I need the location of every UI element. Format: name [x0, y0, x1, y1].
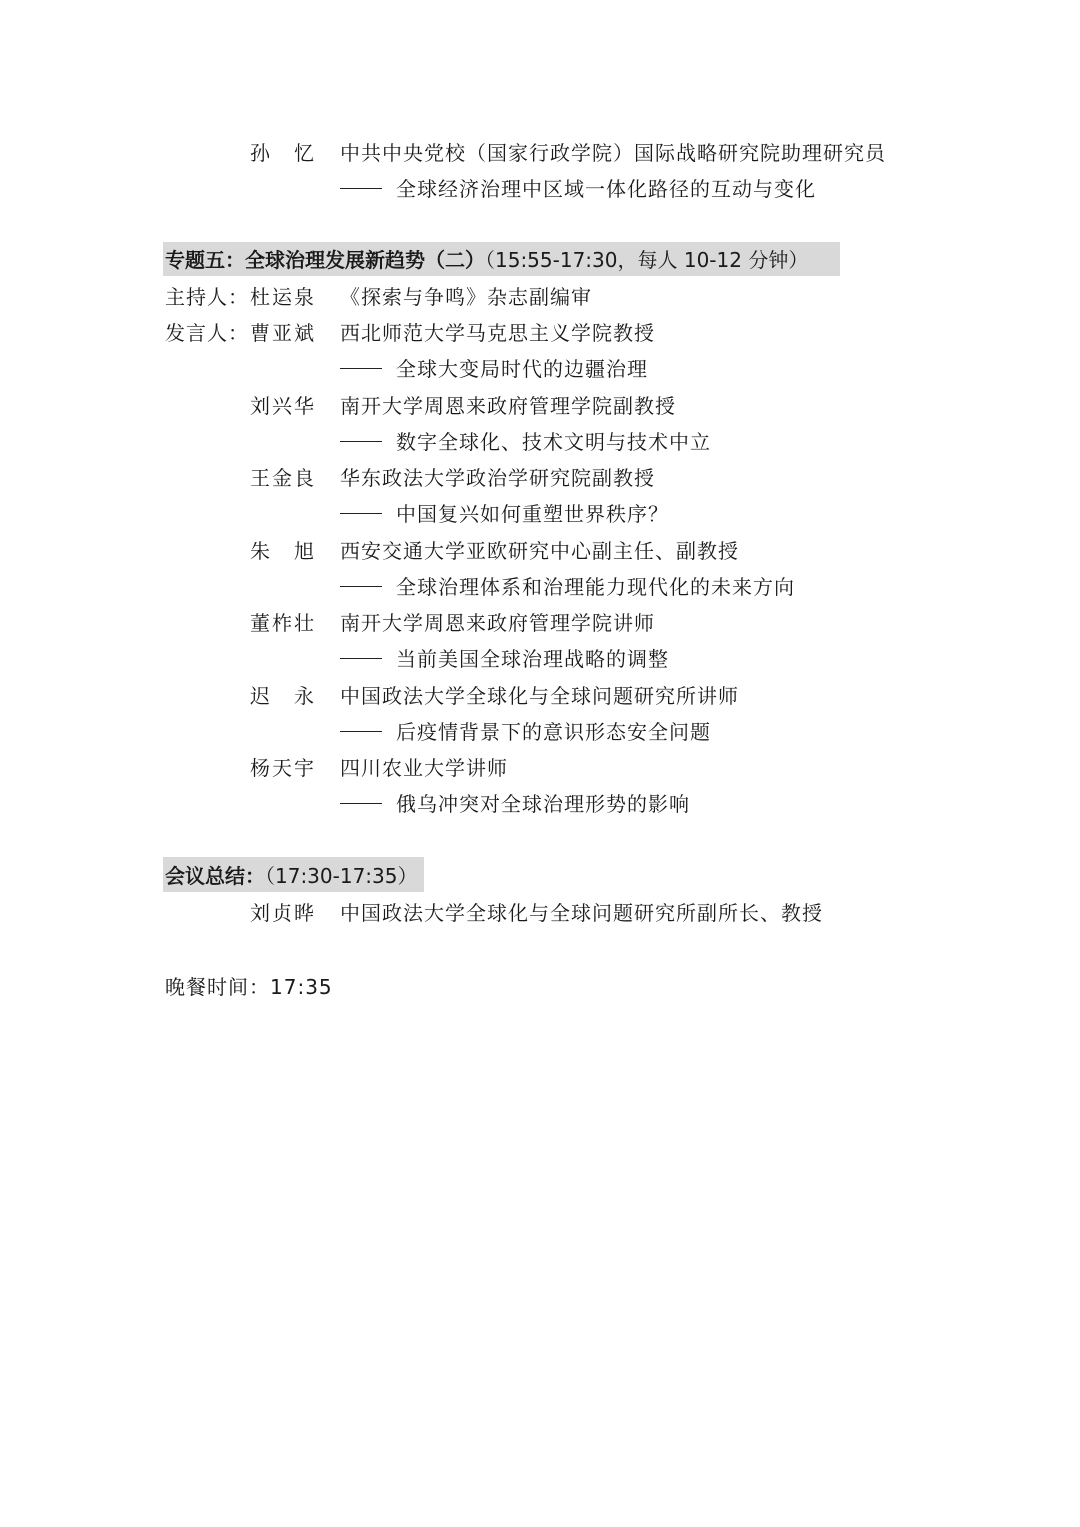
speaker-topic-line: 全球治理体系和治理能力现代化的未来方向 — [0, 574, 1080, 600]
speaker-affiliation: 华东政法大学政治学研究院副教授 — [340, 465, 655, 491]
section-time: （15:55-17:30，每人 10-12 分钟） — [485, 248, 808, 272]
dash-divider — [340, 731, 382, 732]
speaker-name: 曹亚斌 — [250, 320, 316, 346]
speaker-topic: 全球经济治理中区域一体化路径的互动与变化 — [396, 177, 816, 201]
speaker-entry: 董柞壮 南开大学周恩来政府管理学院讲师 — [0, 610, 1080, 636]
speaker-entry: 王金良 华东政法大学政治学研究院副教授 — [0, 465, 1080, 491]
speaker-entry: 发言人： 曹亚斌 西北师范大学马克思主义学院教授 — [0, 320, 1080, 346]
speaker-name: 杨天宇 — [250, 755, 316, 781]
speaker-entry: 杨天宇 四川农业大学讲师 — [0, 755, 1080, 781]
section-title: 专题五：全球治理发展新趋势（二） — [165, 248, 485, 272]
summary-time: （17:30-17:35） — [265, 864, 418, 888]
host-name: 杜运泉 — [250, 284, 316, 310]
speaker-entry: 迟 永 中国政法大学全球化与全球问题研究所讲师 — [0, 683, 1080, 709]
speakers-label: 发言人： — [165, 320, 249, 346]
speaker-name: 王金良 — [250, 465, 316, 491]
dash-divider — [340, 513, 382, 514]
summary-speaker-affiliation: 中国政法大学全球化与全球问题研究所副所长、教授 — [340, 900, 823, 926]
speaker-name: 刘兴华 — [250, 393, 316, 419]
speaker-topic-line: 中国复兴如何重塑世界秩序？ — [0, 501, 1080, 527]
speaker-affiliation: 四川农业大学讲师 — [340, 755, 508, 781]
speaker-affiliation: 中共中央党校（国家行政学院）国际战略研究院助理研究员 — [340, 140, 886, 166]
dash-divider — [340, 586, 382, 587]
host-entry: 主持人： 杜运泉 《探索与争鸣》杂志副编审 — [0, 284, 1080, 310]
dash-divider — [340, 368, 382, 369]
speaker-topic: 当前美国全球治理战略的调整 — [396, 647, 669, 671]
summary-speaker-entry: 刘贞晔 中国政法大学全球化与全球问题研究所副所长、教授 — [0, 900, 1080, 926]
speaker-topic-line: 俄乌冲突对全球治理形势的影响 — [0, 791, 1080, 817]
speaker-affiliation: 西北师范大学马克思主义学院教授 — [340, 320, 655, 346]
speaker-topic-line: 数字全球化、技术文明与技术中立 — [0, 429, 1080, 455]
dinner-time-value: 17:35 — [270, 975, 333, 999]
speaker-affiliation: 南开大学周恩来政府管理学院副教授 — [340, 393, 676, 419]
speaker-topic-line: 全球经济治理中区域一体化路径的互动与变化 — [0, 176, 1080, 202]
speaker-entry: 刘兴华 南开大学周恩来政府管理学院副教授 — [0, 393, 1080, 419]
dash-divider — [340, 188, 382, 189]
speaker-affiliation: 西安交通大学亚欧研究中心副主任、副教授 — [340, 538, 739, 564]
speaker-name: 董柞壮 — [250, 610, 316, 636]
host-label: 主持人： — [165, 284, 249, 310]
speaker-topic-line: 当前美国全球治理战略的调整 — [0, 646, 1080, 672]
speaker-topic: 后疫情背景下的意识形态安全问题 — [396, 720, 711, 744]
speaker-affiliation: 中国政法大学全球化与全球问题研究所讲师 — [340, 683, 739, 709]
speaker-topic: 数字全球化、技术文明与技术中立 — [396, 430, 711, 454]
summary-speaker-name: 刘贞晔 — [250, 900, 316, 926]
speaker-topic: 全球大变局时代的边疆治理 — [396, 357, 648, 381]
dash-divider — [340, 441, 382, 442]
speaker-entry: 孙 忆 中共中央党校（国家行政学院）国际战略研究院助理研究员 — [0, 140, 1080, 166]
speaker-topic-line: 全球大变局时代的边疆治理 — [0, 356, 1080, 382]
dinner-label: 晚餐时间： — [165, 975, 270, 999]
summary-heading: 会议总结：（17:30-17:35） — [165, 863, 418, 889]
host-affiliation: 《探索与争鸣》杂志副编审 — [340, 284, 592, 310]
dinner-time: 晚餐时间：17:35 — [165, 974, 333, 1000]
speaker-affiliation: 南开大学周恩来政府管理学院讲师 — [340, 610, 655, 636]
dash-divider — [340, 803, 382, 804]
speaker-topic: 中国复兴如何重塑世界秩序？ — [396, 502, 669, 526]
speaker-name: 孙 忆 — [250, 140, 316, 166]
speaker-topic-line: 后疫情背景下的意识形态安全问题 — [0, 719, 1080, 745]
speaker-name: 迟 永 — [250, 683, 316, 709]
dash-divider — [340, 658, 382, 659]
speaker-topic: 俄乌冲突对全球治理形势的影响 — [396, 792, 690, 816]
speaker-name: 朱 旭 — [250, 538, 316, 564]
summary-title: 会议总结： — [165, 864, 265, 888]
section-heading: 专题五：全球治理发展新趋势（二）（15:55-17:30，每人 10-12 分钟… — [165, 247, 808, 273]
speaker-topic: 全球治理体系和治理能力现代化的未来方向 — [396, 575, 795, 599]
speaker-entry: 朱 旭 西安交通大学亚欧研究中心副主任、副教授 — [0, 538, 1080, 564]
